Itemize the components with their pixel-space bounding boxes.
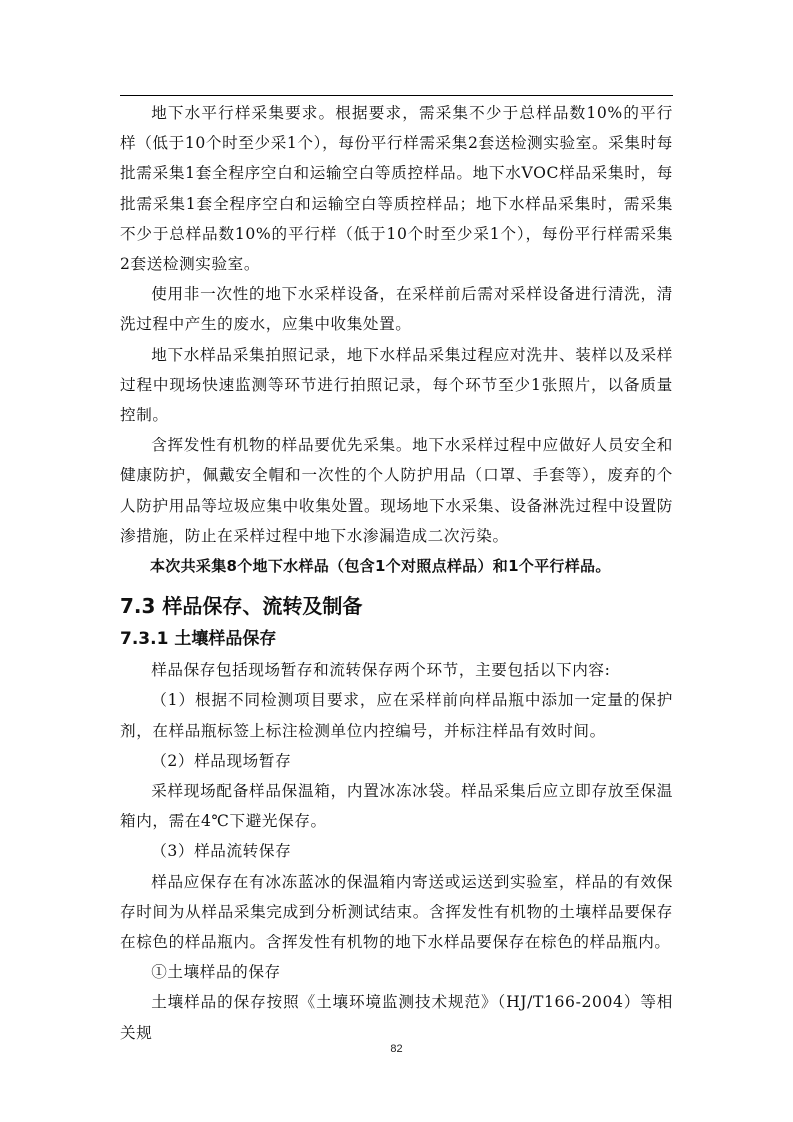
paragraph-transfer-storage: 样品应保存在有冰冻蓝冰的保温箱内寄送或运送到实验室，样品的有效保存时间为从样品采…: [120, 867, 673, 958]
paragraph-storage-intro: 样品保存包括现场暂存和流转保存两个环节，主要包括以下内容:: [120, 655, 673, 685]
paragraph-photo-record: 地下水样品采集拍照记录，地下水样品采集过程应对洗井、装样以及采样过程中现场快速监…: [120, 340, 673, 431]
paragraph-item-3-title: （3）样品流转保存: [120, 836, 673, 866]
page-content: 地下水平行样采集要求。根据要求，需采集不少于总样品数10%的平行样（低于10个时…: [120, 98, 673, 1048]
paragraph-item-2-title: （2）样品现场暂存: [120, 746, 673, 776]
summary-bold-statement: 本次共采集8个地下水样品（包含1个对照点样品）和1个平行样品。: [120, 551, 673, 581]
subsection-heading: 7.3.1 土壤样品保存: [120, 627, 673, 651]
document-page: 地下水平行样采集要求。根据要求，需采集不少于总样品数10%的平行样（低于10个时…: [0, 0, 793, 1122]
paragraph-voc-priority: 含挥发性有机物的样品要优先采集。地下水采样过程中应做好人员安全和健康防护，佩戴安…: [120, 430, 673, 551]
paragraph-onsite-storage: 采样现场配备样品保温箱，内置冰冻冰袋。样品采集后应立即存放至保温箱内，需在4℃下…: [120, 776, 673, 836]
paragraph-equipment-cleaning: 使用非一次性的地下水采样设备，在采样前后需对采样设备进行清洗，清洗过程中产生的废…: [120, 279, 673, 339]
section-heading: 7.3 样品保存、流转及制备: [120, 593, 673, 619]
paragraph-item-1: （1）根据不同检测项目要求，应在采样前向样品瓶中添加一定量的保护剂，在样品瓶标签…: [120, 685, 673, 745]
paragraph-parallel-sampling: 地下水平行样采集要求。根据要求，需采集不少于总样品数10%的平行样（低于10个时…: [120, 98, 673, 279]
paragraph-soil-storage-title: ①土壤样品的保存: [120, 957, 673, 987]
paragraph-soil-storage-standard: 土壤样品的保存按照《土壤环境监测技术规范》（HJ/T166-2004）等相关规: [120, 987, 673, 1047]
header-rule: [120, 95, 673, 96]
page-number: 82: [0, 1043, 793, 1055]
